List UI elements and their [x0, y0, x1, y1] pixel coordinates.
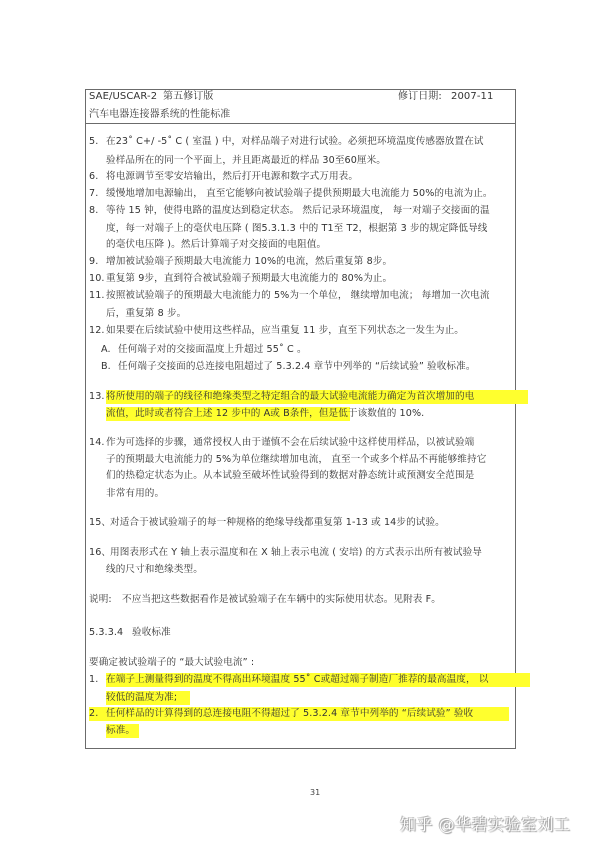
condition-a-label: A.: [101, 343, 111, 357]
criterion-1-text-highlighted: 在端子上测量得到的温度不得高出环境温度 55˚ C或超过端子制造厂推荐的最高温度…: [106, 673, 530, 687]
step-12-number: 12.: [89, 324, 105, 338]
step-11-text-cont: 后，重复第 8 步。: [106, 307, 186, 321]
step-6-number: 6.: [89, 170, 98, 184]
condition-a-text: 任何端子对的交接面温度上升超过 55˚ C 。: [118, 343, 307, 357]
revision-date: 2007-11: [451, 90, 493, 104]
step-16-number: 16、: [89, 546, 111, 560]
step-5-number: 5.: [89, 135, 98, 149]
step-15-text: 对适合于被试验端子的每一种规格的绝缘导线都重复第 1-13 或 14步的试验。: [110, 516, 445, 530]
watermark-text: 知乎 @华碧实验室刘工: [400, 812, 571, 835]
step-12-text: 如果要在后续试验中使用这些样品，应当重复 11 步，直至下列状态之一发生为止。: [106, 324, 464, 338]
criterion-1-number: 1.: [89, 673, 98, 687]
step-8-text: 等待 15 钟，使得电路的温度达到稳定状态。 然后记录环境温度， 每一对端子交接…: [106, 204, 490, 218]
step-9-text: 增加被试验端子预期最大电流能力 10%的电流，然后重复第 8步。: [106, 255, 392, 269]
step-13-number: 13.: [89, 390, 105, 404]
step-14-number: 14.: [89, 436, 105, 450]
step-7-text: 缓慢地增加电源输出， 直至它能够向被试验端子提供预期最大电流能力 50%的电流为…: [106, 187, 493, 201]
page-number: 31: [310, 788, 320, 797]
step-13-text-cont-highlighted: 流值，此时或者符合上述 12 步中的 A或 B条件，但是低于该数值的 10%.: [106, 407, 350, 421]
step-14-text-cont-1: 子的预期最大电流能力的 5%为单位继续增加电流， 直至一个或多个样品不再能够维持…: [106, 453, 486, 467]
note-label: 说明:: [89, 593, 112, 607]
step-11-text: 按照被试验端子的预期最大电流能力的 5%为一个单位， 继续增加电流； 每增加一次…: [106, 289, 490, 303]
note-text: 不应当把这些数据看作是被试验端子在车辆中的实际使用状态。见附表 F。: [122, 593, 441, 607]
step-14-text-cont-2: 们的热稳定状态为止。从本试验至破坏性试验得到的数据对静态统计或预测安全范围是: [106, 469, 474, 483]
criterion-2-number: 2.: [89, 707, 106, 721]
criterion-1-text-cont-highlighted: 较低的温度为准;: [106, 691, 190, 705]
step-9-number: 9.: [89, 255, 98, 269]
step-5-text-cont: 验样品所在的同一个平面上，并且距离最近的样品 30至60厘米。: [106, 154, 386, 168]
condition-b-label: B.: [101, 360, 111, 374]
step-14-text-cont-3: 非常有用的。: [106, 487, 164, 501]
step-10-number: 10.: [89, 272, 105, 286]
step-5-text: 在23˚ C+/ -5˚ C ( 室温 ) 中，对样品端子对进行试验。必须把环境…: [106, 135, 484, 149]
step-16-text-cont: 线的尺寸和绝缘类型。: [106, 563, 203, 577]
doc-id: SAE/USCAR-2: [89, 90, 157, 104]
step-7-number: 7.: [89, 187, 98, 201]
step-15-number: 15、: [89, 516, 111, 530]
step-8-number: 8.: [89, 204, 98, 218]
step-13-text-highlighted: 将所使用的端子的线径和绝缘类型之特定组合的最大试验电流能力确定为首次增加的电: [106, 390, 528, 404]
document-subtitle: 汽车电器连接器系统的性能标准: [89, 108, 230, 122]
condition-b-text: 任何端子交接面的总连接电阻超过了 5.3.2.4 章节中列举的 “后续试验” 验…: [118, 360, 476, 374]
step-14-text: 作为可选择的步骤，通常授权人由于谨慎不会在后续试验中这样使用样品，以被试验端: [106, 436, 474, 450]
criteria-intro: 要确定被试验端子的 “最大试验电流” :: [89, 656, 254, 670]
section-number: 5.3.3.4: [89, 626, 123, 640]
revision-date-label: 修订日期:: [398, 90, 442, 104]
step-8-text-cont-2: 的毫伏电压降 )。然后计算端子对交接面的电阻值。: [106, 238, 326, 252]
step-10-text: 重复第 9步，直到符合被试验端子预期最大电流能力的 80%为止。: [106, 272, 392, 286]
step-6-text: 将电源调节至零安培输出，然后打开电源和数字式万用表。: [106, 170, 358, 184]
criterion-2-text-cont-highlighted: 标准。: [106, 724, 139, 738]
step-11-number: 11.: [89, 289, 105, 303]
step-8-text-cont-1: 度，每一对端子上的毫伏电压降 ( 图5.3.1.3 中的 T1至 T2，根据第 …: [106, 222, 488, 236]
section-title: 验收标准: [132, 626, 171, 640]
criterion-2-text-highlighted: 任何样品的计算得到的总连接电阻不得超过了 5.3.2.4 章节中列举的 “后续试…: [106, 707, 509, 721]
step-16-text: 用图表形式在 Y 轴上表示温度和在 X 轴上表示电流 ( 安培) 的方式表示出所…: [110, 546, 482, 560]
edition-label: 第五修订版: [163, 90, 214, 104]
